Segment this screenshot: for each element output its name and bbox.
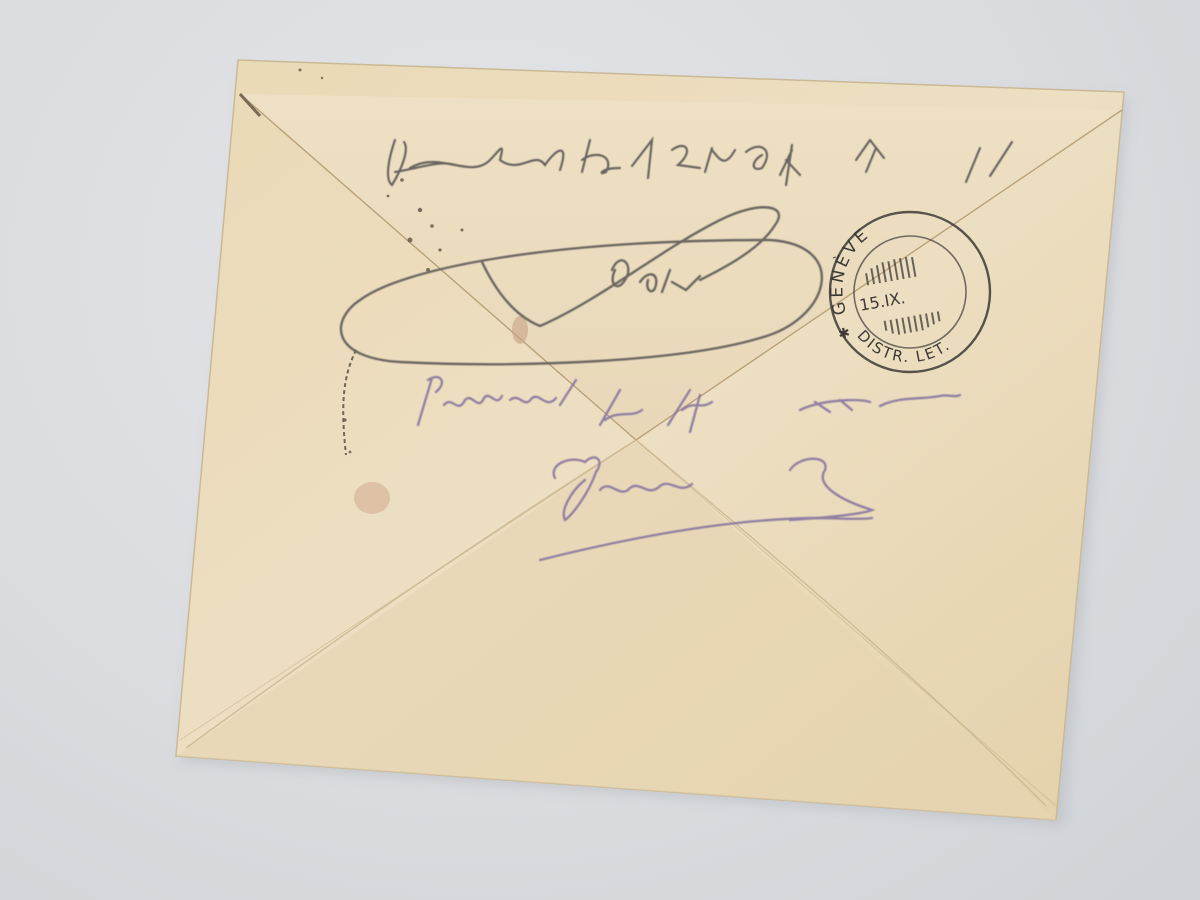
- stain: [354, 482, 390, 514]
- violet-signature-text: J. Bosmak: [559, 499, 565, 501]
- envelope-photo: R assent le 15/VI X II Roth Presenté le …: [0, 0, 1200, 900]
- envelope: [176, 60, 1124, 820]
